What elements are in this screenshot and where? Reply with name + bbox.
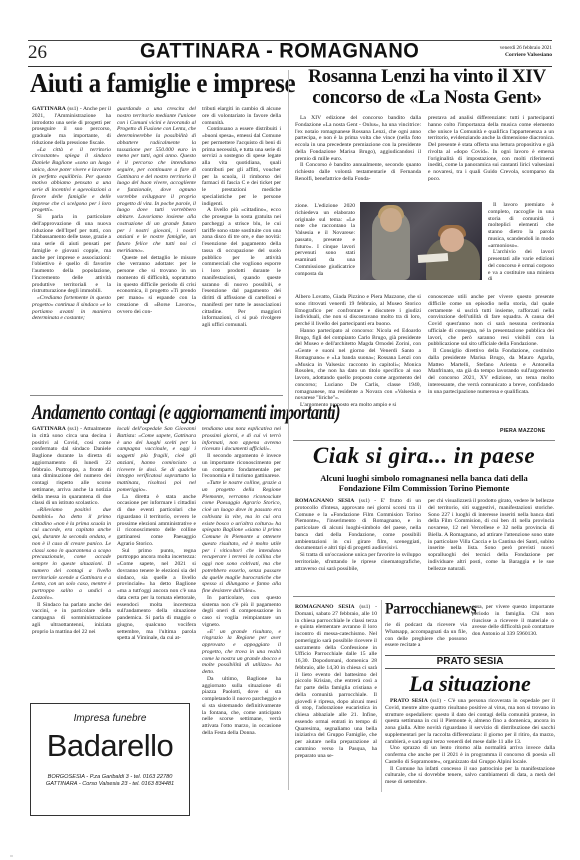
section-title: GATTINARA - ROMAGNANO (140, 39, 419, 63)
article-contagi-col2: locali dell'ospedale San Giovanni Battis… (117, 426, 196, 642)
headline-parrocchianews: Parrocchianews (385, 601, 476, 619)
section-band-prato-sesia: PRATO SESIA (385, 655, 555, 669)
author-signature: PIERA MAZZONE (500, 428, 545, 434)
article-contagi-col3: tendiamo una nota esplicativa nei prossi… (202, 426, 281, 737)
article-lenzi-col1-top: La XIV edizione del concorso bandito dal… (295, 115, 421, 183)
ad-address-gattinara: GATTINARA - Corso Valsesia 23 - tel. 016… (31, 781, 189, 788)
ad-name: Badarello (31, 728, 189, 764)
headline-lenzi: Rosanna Lenzi ha vinto il XIV concorso d… (296, 66, 558, 108)
article-parrocchia-col3: casa, per vivere questo importante perio… (472, 604, 554, 638)
ad-subtitle: Impresa funebre (31, 713, 189, 724)
article-ciak-col1: ROMAGNANO SESIA (ss1) - E' frutto di un … (295, 498, 421, 572)
divider (293, 440, 555, 441)
headline-contagi: Andamento contagi (e aggiornamenti impor… (32, 400, 340, 425)
column-separator (288, 70, 289, 790)
article-lenzi-col2-bottom: conoscenze utili anche per vivere questo… (428, 294, 554, 395)
article-lenzi-col1-bottom: Albero Lovatto, Giada Pizzino e Piera Ma… (295, 294, 421, 409)
article-ciak-col2: per chi visualizzerà il prodotto girato,… (428, 498, 554, 572)
advertisement-badarello: Impresa funebre Badarello BORGOSESIA - P… (30, 703, 190, 816)
article-parrocchia-col2: rie di podcast da ricevere via Whatsapp,… (385, 622, 467, 649)
divider (293, 596, 555, 597)
issue-date: venerdì 26 febbraio 2021 (500, 45, 552, 52)
headline-aiuti: Aiuti a famiglie e imprese (30, 69, 295, 100)
article-lenzi-col1-narrow: zione. L'edizione 2020 richiedeva un ela… (295, 203, 355, 277)
scan-artifact (10, 855, 13, 857)
column-separator (381, 600, 382, 792)
article-aiuti-col3: tributi elargiti in cambio di alcune ore… (202, 106, 281, 329)
article-aiuti-col2: guardando a una crescita del nostro terr… (117, 106, 196, 315)
page-number: 26 (28, 42, 47, 64)
article-parrocchia-col1: ROMAGNANO SESIA (ss1) - Domani, sabato 2… (295, 604, 377, 759)
headline-ciak: Ciak si gira... in paese (293, 443, 555, 469)
article-prato-body: PRATO SESIA (ss1) - C'è una persona rico… (385, 698, 555, 786)
article-contagi-col1: GATTINARA (ss1) - Attualmente in città s… (32, 426, 111, 635)
subheadline-ciak: Alcuni luoghi simbolo romagnanesi nella … (293, 474, 555, 493)
dateline: GATTINARA (32, 106, 66, 112)
article-aiuti-col1: GATTINARA (ss1) - Anche per il 2021, l'A… (32, 106, 111, 322)
divider (30, 395, 283, 396)
article-lenzi-col2-top: prestava ad analisi differenziate: tutti… (428, 115, 554, 183)
award-photo (360, 202, 482, 280)
newspaper-name: Corriere Valsesiano (505, 52, 552, 58)
ad-address-borgosesia: BORGOSESIA - P.za Garibaldi 3 - tel. 016… (31, 774, 189, 781)
headline-situazione: La situazione (385, 671, 555, 697)
article-lenzi-col2-narrow: Il lavoro premiato è completo, raccoglie… (488, 202, 554, 283)
